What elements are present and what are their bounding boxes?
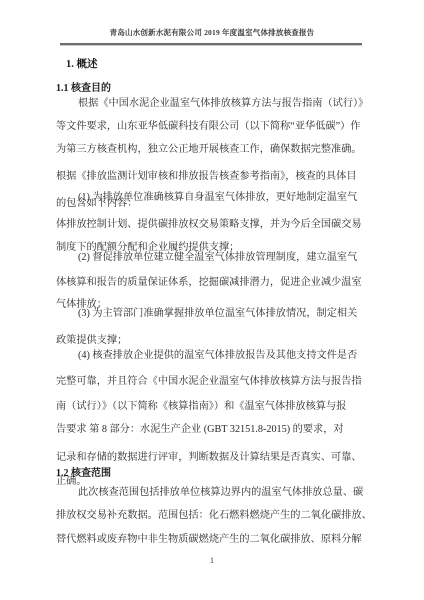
body-line-item-4: (4) 核查排放企业提供的温室气体排放报告及其他支持文件是否 <box>78 349 357 363</box>
body-line: 南（试行）》（以下简称《核算指南》）和《温室气体排放核算与报 <box>56 400 346 414</box>
body-line-item-1: (1) 为排放单位准确核算自身温室气体排放，更好地制定温室气 <box>78 191 357 205</box>
body-line: 体核算和报告的质量保证体系，挖掘碳减排潜力，促进企业减少温室 <box>56 276 362 290</box>
running-header: 青岛山水创新水泥有限公司 2019 年度温室气体排放核查报告 <box>0 27 424 38</box>
body-line: 根据《中国水泥企业温室气体排放核算方法与报告指南（试行）》 <box>78 97 368 111</box>
page-number: 1 <box>0 556 424 565</box>
body-line: 此次核查范围包括排放单位核算边界内的温室气体排放总量、碳 <box>78 486 363 500</box>
section-heading-1-2: 1.2 核查范围 <box>56 464 111 479</box>
body-line: 根据《排放监测计划审核和排放报告核查参考指南》，核查的具体目 <box>56 170 357 184</box>
body-line: 完整可靠，并且符合《中国水泥企业温室气体排放核算方法与报告指 <box>56 375 362 389</box>
body-line: 记录和存储的数据进行评审，判断数据及计算结果是否真实、可靠、 <box>56 451 362 465</box>
body-line: 为第三方核查机构，独立公正地开展核查工作，确保数据完整准确。 <box>56 143 362 157</box>
body-line: 告要求 第 8 部分：水泥生产企业 (GBT 32151.8-2015) 的要求… <box>56 423 344 437</box>
body-line: 等文件要求，山东亚华低碳科技有限公司（以下简称“亚华低碳”）作 <box>56 120 360 134</box>
section-heading-1-1: 1.1 核查目的 <box>56 79 111 94</box>
header-rule <box>60 43 362 46</box>
section-heading-1: 1. 概述 <box>66 56 98 71</box>
body-line-item-2: (2) 督促排放单位建立健全温室气体排放管理制度，建立温室气 <box>78 251 357 265</box>
body-line: 排放权交易补充数据。范围包括：化石燃料燃烧产生的二氧化碳排放、 <box>56 509 372 523</box>
body-line-item-3: (3) 为主管部门准确掌握排放单位温室气体排放情况，制定相关 <box>78 307 357 321</box>
body-line: 体排放控制计划、提供碳排放权交易策略支撑，并为今后全国碳交易 <box>56 218 362 232</box>
body-line: 替代燃料或废弃物中非生物质碳燃烧产生的二氧化碳排放、原料分解 <box>56 533 362 547</box>
body-line: 政策提供支撑； <box>56 334 127 348</box>
document-page: 青岛山水创新水泥有限公司 2019 年度温室气体排放核查报告 1. 概述 1.1… <box>0 0 424 600</box>
